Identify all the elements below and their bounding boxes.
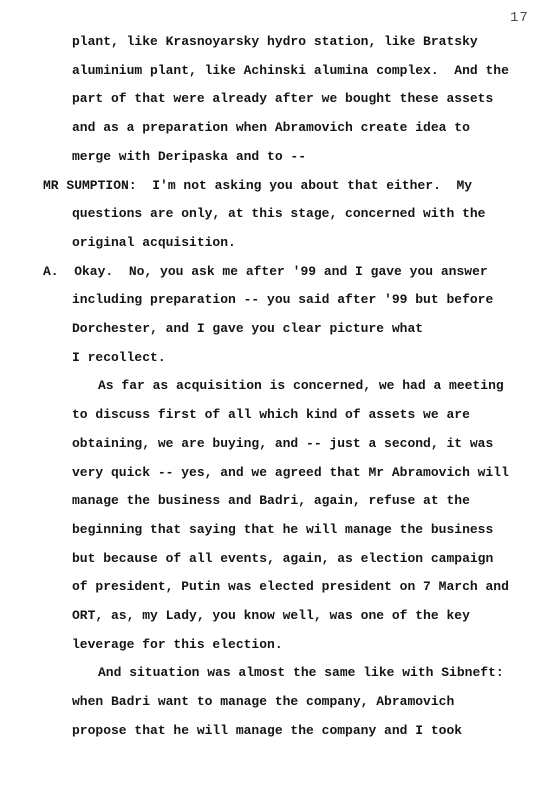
transcript-line: and as a preparation when Abramovich cre… <box>43 114 552 143</box>
transcript-line: beginning that saying that he will manag… <box>43 516 552 545</box>
page-number: 17 <box>510 10 529 26</box>
transcript-line: questions are only, at this stage, conce… <box>43 200 552 229</box>
transcript-line: of president, Putin was elected presiden… <box>43 573 552 602</box>
transcript-line: merge with Deripaska and to -- <box>43 143 552 172</box>
transcript-line: And situation was almost the same like w… <box>43 659 552 688</box>
transcript-line: including preparation -- you said after … <box>43 286 552 315</box>
transcript-line: leverage for this election. <box>43 631 552 660</box>
transcript-line: ORT, as, my Lady, you know well, was one… <box>43 602 552 631</box>
transcript-line: very quick -- yes, and we agreed that Mr… <box>43 459 552 488</box>
transcript-line: when Badri want to manage the company, A… <box>43 688 552 717</box>
transcript-line: to discuss first of all which kind of as… <box>43 401 552 430</box>
transcript-line: obtaining, we are buying, and -- just a … <box>43 430 552 459</box>
transcript-line: As far as acquisition is concerned, we h… <box>43 372 552 401</box>
transcript-line: but because of all events, again, as ele… <box>43 545 552 574</box>
transcript-line: I recollect. <box>43 344 552 373</box>
transcript-line: A. Okay. No, you ask me after '99 and I … <box>43 258 552 287</box>
transcript-line: propose that he will manage the company … <box>43 717 552 746</box>
transcript-line: plant, like Krasnoyarsky hydro station, … <box>43 28 552 57</box>
transcript-line: aluminium plant, like Achinski alumina c… <box>43 57 552 86</box>
transcript-line: original acquisition. <box>43 229 552 258</box>
transcript-line: manage the business and Badri, again, re… <box>43 487 552 516</box>
transcript-page: 17 plant, like Krasnoyarsky hydro statio… <box>0 0 558 789</box>
transcript-body: plant, like Krasnoyarsky hydro station, … <box>43 28 552 746</box>
transcript-line: Dorchester, and I gave you clear picture… <box>43 315 552 344</box>
transcript-line: part of that were already after we bough… <box>43 85 552 114</box>
transcript-line: MR SUMPTION: I'm not asking you about th… <box>43 172 552 201</box>
